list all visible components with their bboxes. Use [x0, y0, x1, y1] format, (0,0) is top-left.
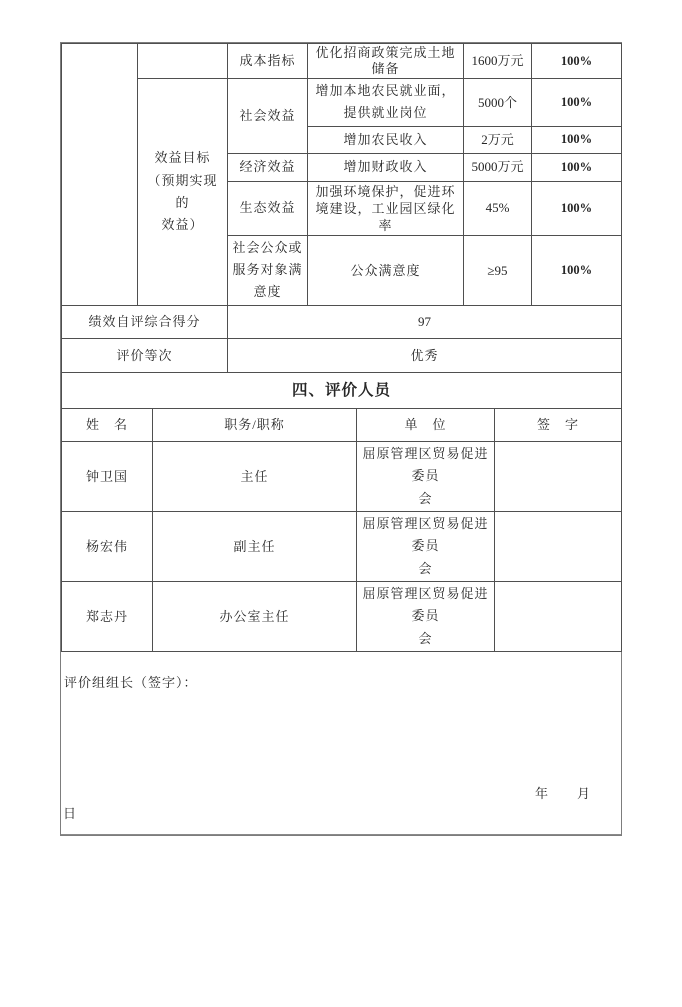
table-row: 评价等次 优秀	[62, 338, 622, 372]
cell-target-value: 1600万元	[464, 44, 532, 79]
evaluation-form-sheet: 成本指标 优化招商政策完成土地储备 1600万元 100% 效益目标 （预期实现…	[60, 42, 622, 836]
cell-completion-rate: 100%	[532, 44, 622, 79]
cell-person-title: 副主任	[153, 511, 357, 581]
table-row: 四、评价人员	[62, 372, 622, 408]
section-title: 四、评价人员	[62, 372, 622, 408]
cell-indicator: 优化招商政策完成土地储备	[308, 44, 464, 79]
cell-category: 社会效益	[228, 79, 308, 154]
grade-label: 评价等次	[62, 338, 228, 372]
cell-target-value: 2万元	[464, 126, 532, 153]
cell-category: 社会公众或服务对象满意度	[228, 235, 308, 305]
cell-person-name: 杨宏伟	[62, 511, 153, 581]
table-row: 效益目标 （预期实现的 效益） 社会效益 增加本地农民就业面，提供就业岗位 50…	[62, 79, 622, 127]
grade-value: 优秀	[228, 338, 622, 372]
cell-completion-rate: 100%	[532, 181, 622, 235]
table-header-row: 姓 名 职务/职称 单 位 签 字	[62, 408, 622, 441]
cell-indicator: 增加财政收入	[308, 153, 464, 181]
table-row: 杨宏伟 副主任 屈原管理区贸易促进委员 会	[62, 511, 622, 581]
cell-person-name: 钟卫国	[62, 441, 153, 511]
cell-completion-rate: 100%	[532, 79, 622, 127]
left-continuation-cell	[62, 44, 138, 306]
section-title-table: 四、评价人员	[61, 372, 622, 409]
cell-target-value: 45%	[464, 181, 532, 235]
cell-completion-rate: 100%	[532, 153, 622, 181]
cell-person-title: 办公室主任	[153, 581, 357, 651]
col-header-sign: 签 字	[495, 408, 622, 441]
cell-category: 经济效益	[228, 153, 308, 181]
cell-category: 成本指标	[228, 44, 308, 79]
table-row: 钟卫国 主任 屈原管理区贸易促进委员 会	[62, 441, 622, 511]
cell-person-signature	[495, 581, 622, 651]
cell-indicator: 公众满意度	[308, 235, 464, 305]
cell-person-signature	[495, 441, 622, 511]
date-day: 日	[63, 803, 77, 822]
cell-target-value: 5000个	[464, 79, 532, 127]
benefit-goals-table: 成本指标 优化招商政策完成土地储备 1600万元 100% 效益目标 （预期实现…	[61, 43, 622, 306]
benefit-goal-group-label: 效益目标 （预期实现的 效益）	[138, 79, 228, 306]
cell-indicator: 加强环境保护，促进环境建设，工业园区绿化率	[308, 181, 464, 235]
cell-completion-rate: 100%	[532, 235, 622, 305]
table-row: 绩效自评综合得分 97	[62, 305, 622, 338]
cell-category: 生态效益	[228, 181, 308, 235]
personnel-table: 姓 名 职务/职称 单 位 签 字 钟卫国 主任 屈原管理区贸易促进委员 会 杨…	[61, 408, 622, 652]
date-year-month: 年 月	[535, 783, 591, 802]
self-eval-score-label: 绩效自评综合得分	[62, 305, 228, 338]
summary-table: 绩效自评综合得分 97 评价等次 优秀	[61, 305, 622, 373]
cell-person-name: 郑志丹	[62, 581, 153, 651]
cell-target-value: ≥95	[464, 235, 532, 305]
self-eval-score-value: 97	[228, 305, 622, 338]
cell-person-unit: 屈原管理区贸易促进委员 会	[357, 441, 495, 511]
cell-person-title: 主任	[153, 441, 357, 511]
cell-person-unit: 屈原管理区贸易促进委员 会	[357, 511, 495, 581]
cell-indicator: 增加本地农民就业面，提供就业岗位	[308, 79, 464, 127]
group-empty-cell	[138, 44, 228, 79]
leader-signature-box: 评价组组长（签字）： 年 月 日	[61, 651, 621, 835]
col-header-title: 职务/职称	[153, 408, 357, 441]
leader-signature-label: 评价组组长（签字）：	[64, 672, 198, 691]
cell-person-unit: 屈原管理区贸易促进委员 会	[357, 581, 495, 651]
col-header-unit: 单 位	[357, 408, 495, 441]
cell-indicator: 增加农民收入	[308, 126, 464, 153]
col-header-name: 姓 名	[62, 408, 153, 441]
cell-target-value: 5000万元	[464, 153, 532, 181]
table-row: 成本指标 优化招商政策完成土地储备 1600万元 100%	[62, 44, 622, 79]
table-row: 郑志丹 办公室主任 屈原管理区贸易促进委员 会	[62, 581, 622, 651]
cell-person-signature	[495, 511, 622, 581]
cell-completion-rate: 100%	[532, 126, 622, 153]
